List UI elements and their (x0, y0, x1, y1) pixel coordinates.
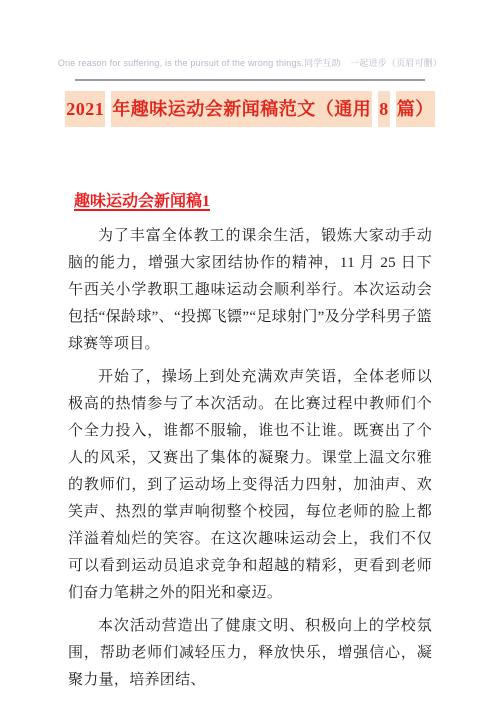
body-text: 为了丰富全体教工的课余生活，锻炼大家动手动脑的能力，增强大家团结协作的精神，11… (68, 223, 432, 694)
section-heading: 趣味运动会新闻稿1 (74, 191, 210, 213)
document-body: 趣味运动会新闻稿1 为了丰富全体教工的课余生活，锻炼大家动手动脑的能力，增强大家… (0, 119, 500, 694)
document-title: 2021年趣味运动会新闻稿范文（通用8篇） (0, 100, 500, 119)
paragraph-2: 开始了，操场上到处充满欢声笑语，全体老师以极高的热情参与了本次活动。在比赛过程中… (68, 364, 432, 607)
paragraph-3: 本次活动营造出了健康文明、积极向上的学校氛围，帮助老师们减轻压力，释放快乐，增强… (68, 613, 432, 694)
document-page: One reason for suffering, is the pursuit… (0, 0, 500, 708)
header-divider (75, 79, 425, 81)
title-run-count: 8 (378, 91, 390, 127)
paragraph-1: 为了丰富全体教工的课余生活，锻炼大家动手动脑的能力，增强大家团结协作的精神，11… (68, 223, 432, 358)
title-run-suffix: 篇） (396, 91, 435, 127)
header-note: One reason for suffering, is the pursuit… (0, 57, 500, 70)
